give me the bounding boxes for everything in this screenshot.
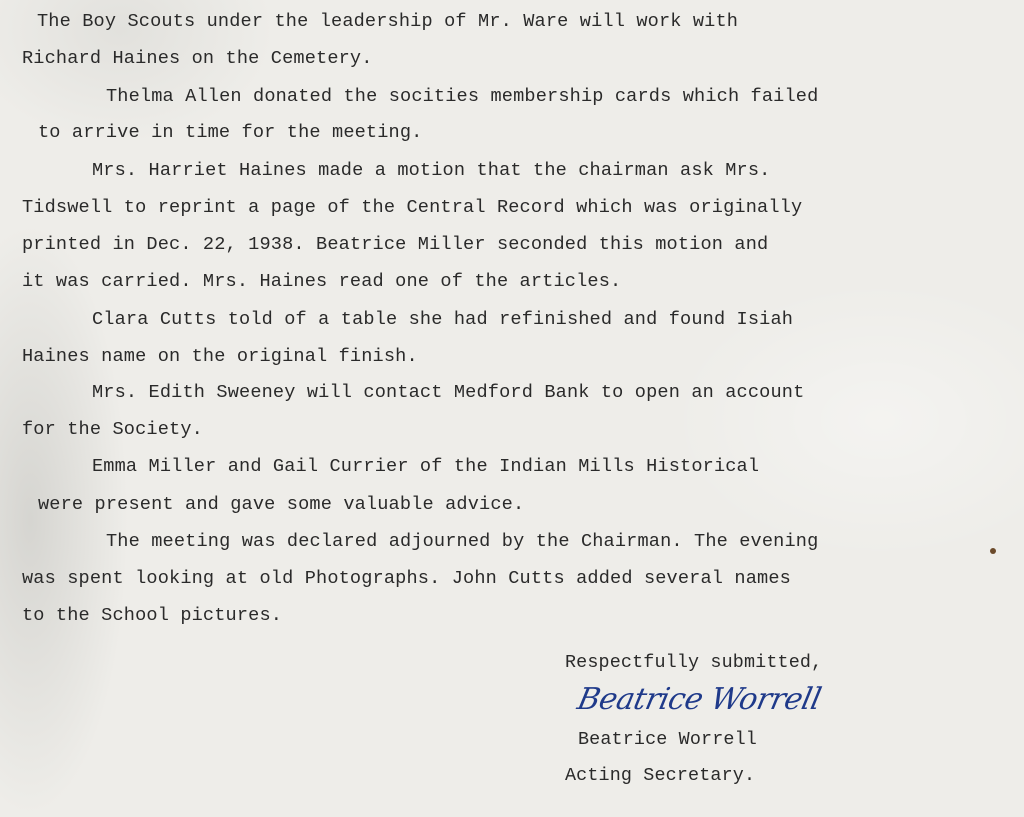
closing-salutation: Respectfully submitted, xyxy=(565,654,822,672)
text-line: to the School pictures. xyxy=(22,607,282,626)
handwritten-signature: Beatrice Worrell xyxy=(574,682,824,717)
text-line: The Boy Scouts under the leadership of M… xyxy=(37,13,738,32)
text-line: Richard Haines on the Cemetery. xyxy=(22,50,373,69)
text-line: it was carried. Mrs. Haines read one of … xyxy=(22,273,621,292)
text-line: to arrive in time for the meeting. xyxy=(38,124,422,143)
ink-speck xyxy=(990,548,996,554)
signer-name: Beatrice Worrell xyxy=(578,731,757,749)
text-line: Emma Miller and Gail Currier of the Indi… xyxy=(92,458,759,477)
typed-document-page: The Boy Scouts under the leadership of M… xyxy=(0,0,1024,817)
text-line: Haines name on the original finish. xyxy=(22,348,418,367)
text-line: Mrs. Harriet Haines made a motion that t… xyxy=(92,162,770,181)
text-line: were present and gave some valuable advi… xyxy=(38,496,524,515)
text-line: The meeting was declared adjourned by th… xyxy=(106,533,818,552)
signer-title: Acting Secretary. xyxy=(565,767,755,785)
text-line: Thelma Allen donated the socities member… xyxy=(106,88,818,107)
text-line: was spent looking at old Photographs. Jo… xyxy=(22,570,791,589)
text-line: Clara Cutts told of a table she had refi… xyxy=(92,311,793,330)
text-line: Mrs. Edith Sweeney will contact Medford … xyxy=(92,384,804,403)
text-line: Tidswell to reprint a page of the Centra… xyxy=(22,199,802,218)
text-line: printed in Dec. 22, 1938. Beatrice Mille… xyxy=(22,236,768,255)
text-line: for the Society. xyxy=(22,421,203,440)
